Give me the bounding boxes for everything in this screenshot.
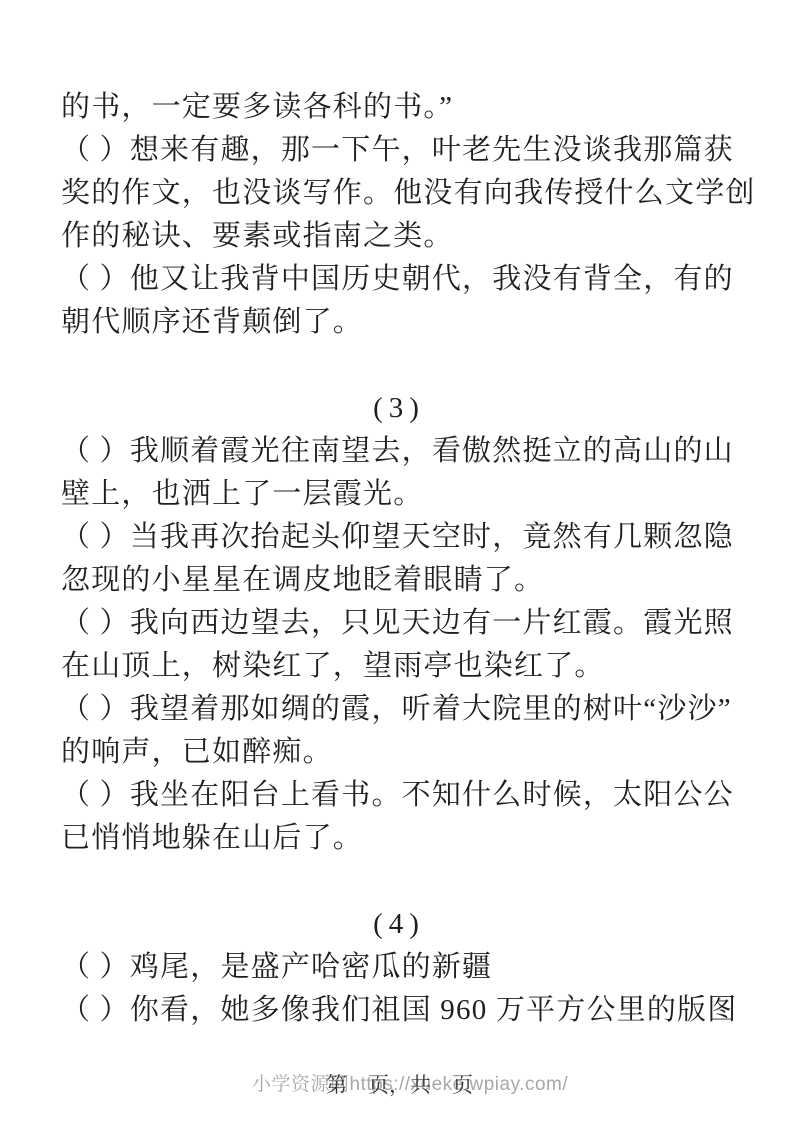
section-heading-3: (3): [61, 387, 737, 430]
page-number-label: 第 页，共 页: [326, 1069, 473, 1099]
answer-blank-line: （ ）鸡尾，是盛产哈密瓜的新疆: [61, 946, 761, 989]
answer-blank-line: （ ）我望着那如绸的霞，听着大院里的树叶“沙沙”: [61, 688, 761, 731]
answer-blank-line: （ ）我坐在阳台上看书。不知什么时候，太阳公公: [61, 774, 761, 817]
text-line: 朝代顺序还背颠倒了。: [61, 301, 761, 344]
page-footer: 小学资源网https://xueke.wpiay.com/ 第 页，共 页: [0, 1060, 793, 1105]
text-line: 已悄悄地躲在山后了。: [61, 817, 761, 860]
blank-line: [61, 860, 761, 903]
answer-blank-line: （ ）我向西边望去，只见天边有一片红霞。霞光照: [61, 602, 761, 645]
text-line: 作的秘诀、要素或指南之类。: [61, 215, 761, 258]
answer-blank-line: （ ）我顺着霞光往南望去，看傲然挺立的高山的山: [61, 430, 761, 473]
answer-blank-line: （ ）他又让我背中国历史朝代，我没有背全，有的: [61, 258, 761, 301]
text-line: 的书，一定要多读各科的书。”: [61, 86, 761, 129]
text-line: 奖的作文，也没谈写作。他没有向我传授什么文学创: [61, 172, 761, 215]
text-line: 的响声，已如醉痴。: [61, 731, 761, 774]
text-line: 忽现的小星星在调皮地眨着眼睛了。: [61, 559, 761, 602]
worksheet-page: 的书，一定要多读各科的书。” （ ）想来有趣，那一下午，叶老先生没谈我那篇获 奖…: [0, 0, 793, 1122]
answer-blank-line: （ ）想来有趣，那一下午，叶老先生没谈我那篇获: [61, 129, 761, 172]
answer-blank-line: （ ）你看，她多像我们祖国 960 万平方公里的版图: [61, 989, 761, 1032]
text-line: 壁上，也洒上了一层霞光。: [61, 473, 761, 516]
section-heading-4: (4): [61, 903, 737, 946]
text-line: 在山顶上，树染红了，望雨亭也染红了。: [61, 645, 761, 688]
blank-line: [61, 344, 761, 387]
answer-blank-line: （ ）当我再次抬起头仰望天空时，竟然有几颗忽隐: [61, 516, 761, 559]
worksheet-content: 的书，一定要多读各科的书。” （ ）想来有趣，那一下午，叶老先生没谈我那篇获 奖…: [61, 86, 761, 1032]
